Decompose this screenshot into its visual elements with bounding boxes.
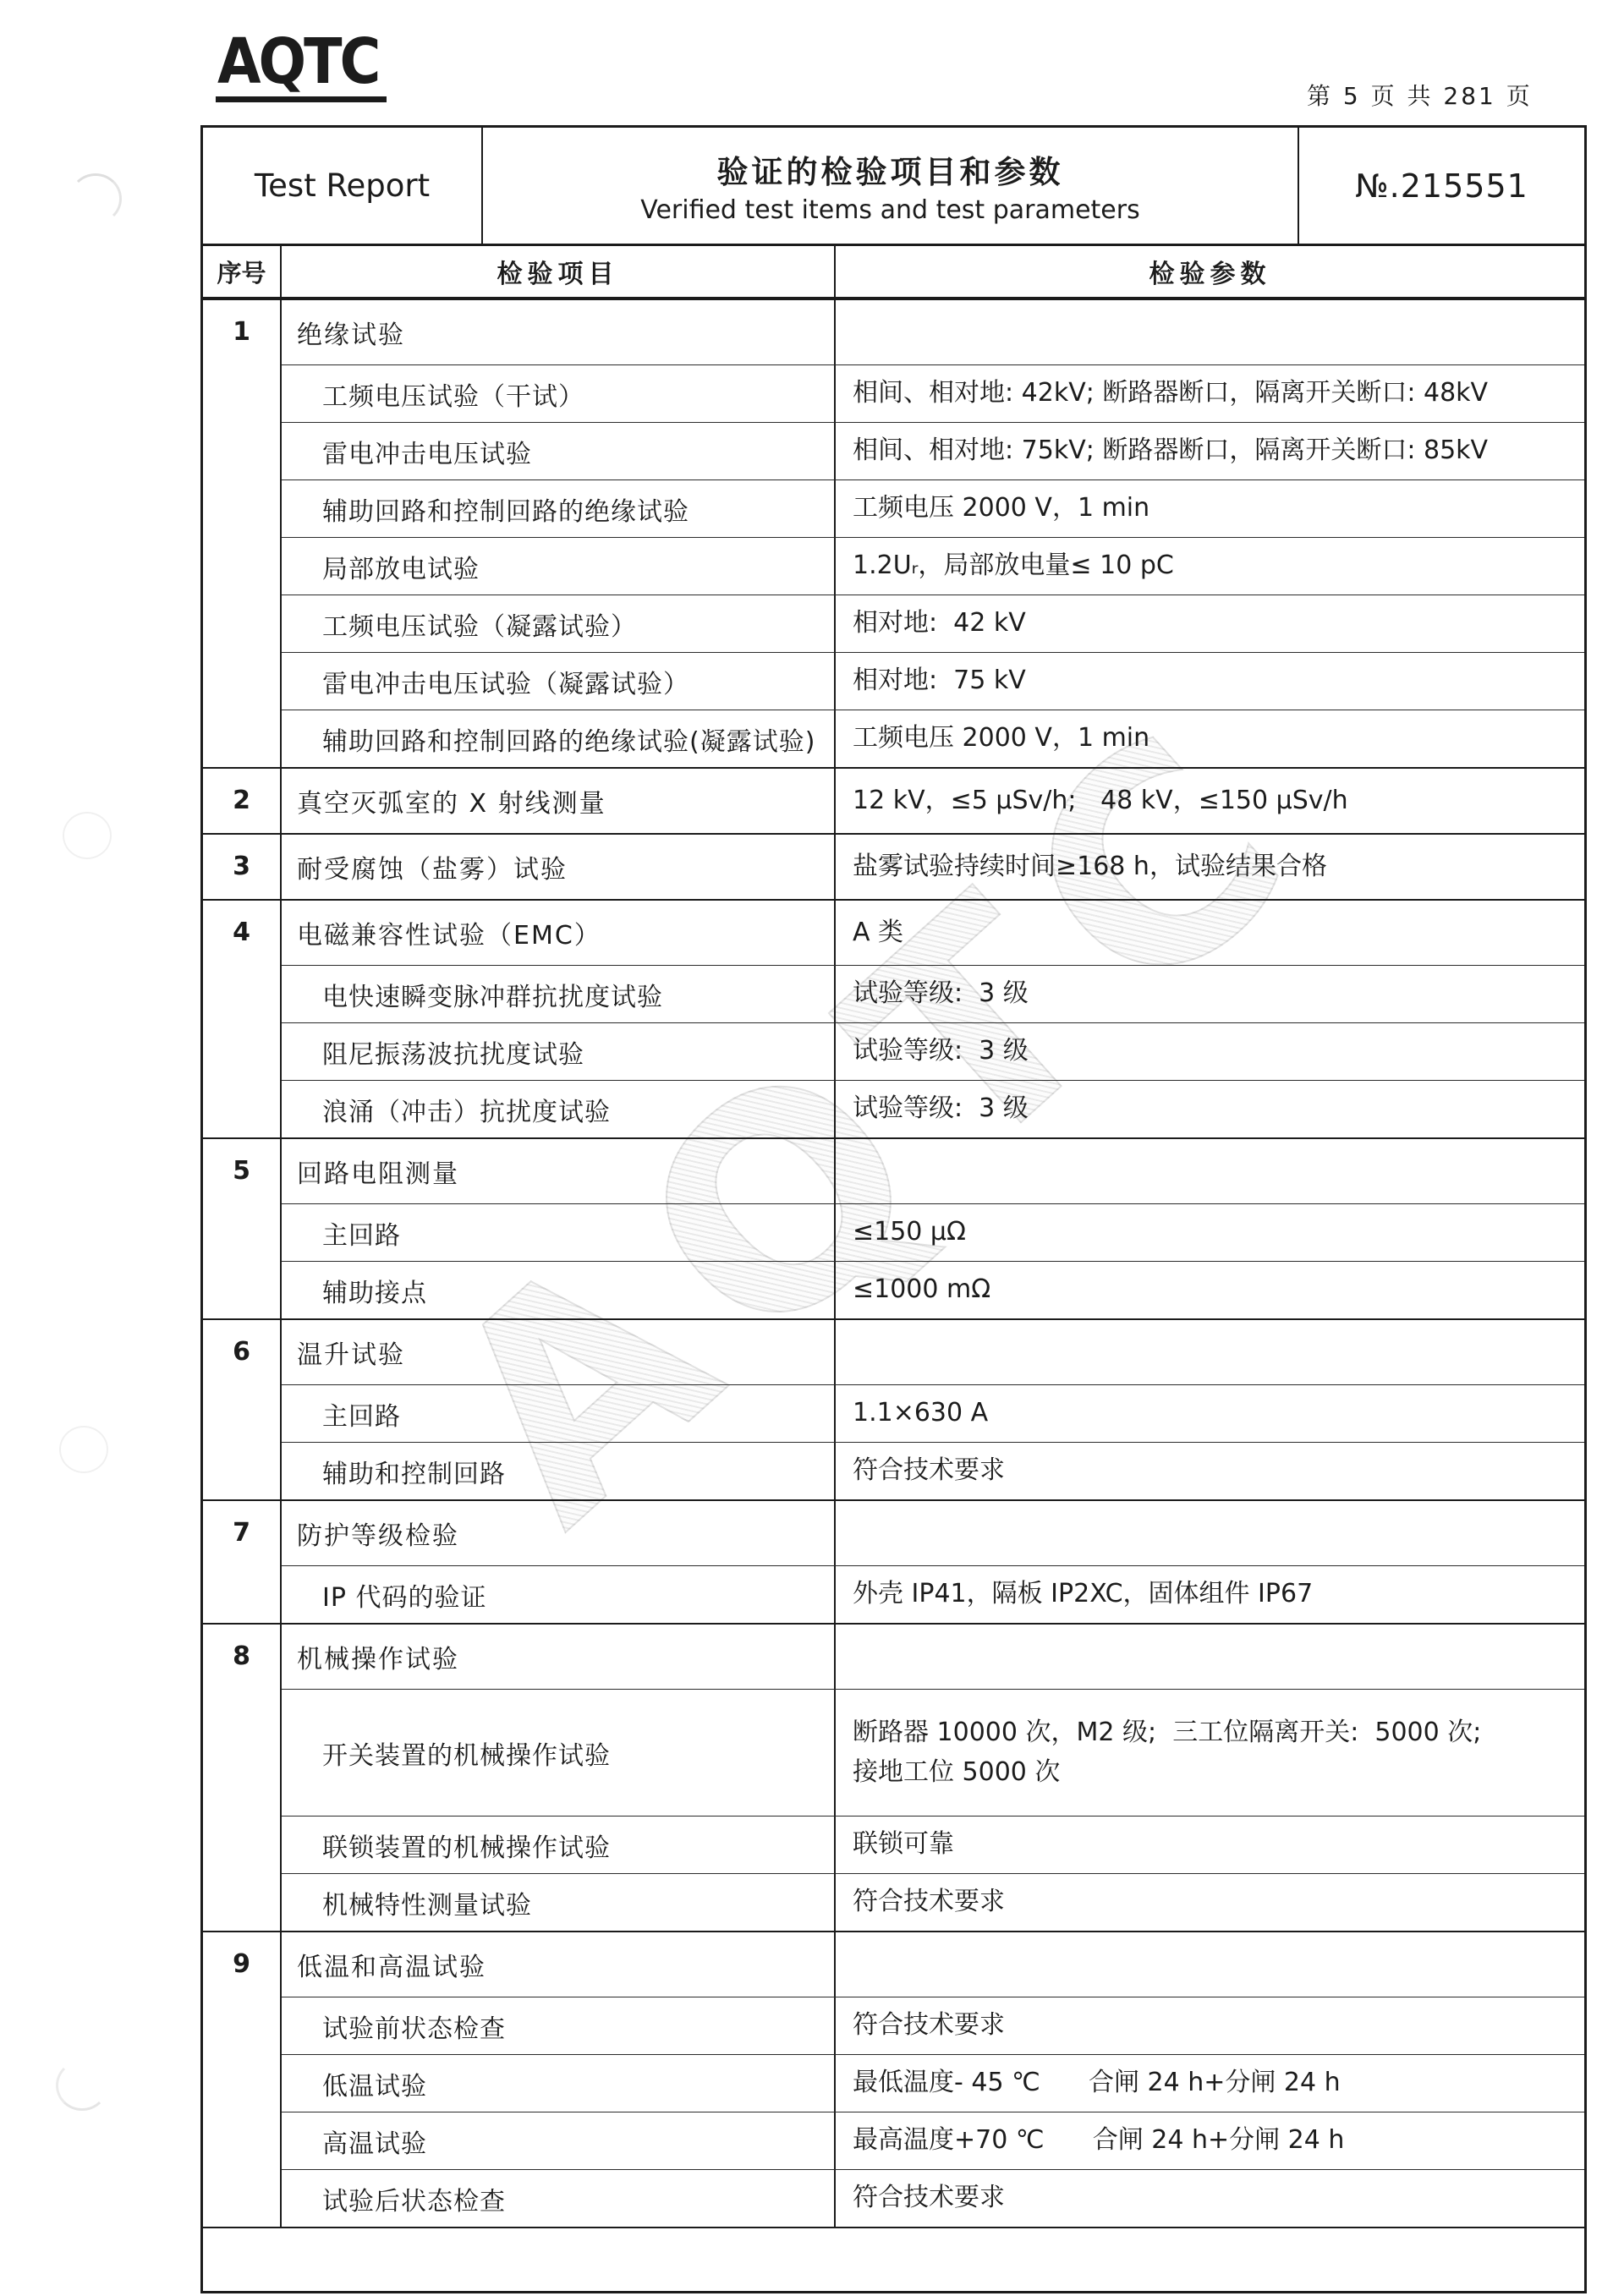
row-number: 3 bbox=[203, 835, 282, 899]
test-item-cell: 雷电冲击电压试验 bbox=[282, 423, 836, 479]
test-item-cell: 辅助回路和控制回路的绝缘试验 bbox=[282, 480, 836, 537]
table-row: 主回路≤150 μΩ bbox=[282, 1203, 1584, 1261]
column-header-item: 检验项目 bbox=[282, 246, 836, 297]
test-param-cell: 工频电压 2000 V，1 min bbox=[836, 480, 1584, 537]
row-number: 5 bbox=[203, 1139, 282, 1318]
test-param-cell: A 类 bbox=[836, 901, 1584, 965]
table-group: 8机械操作试验开关装置的机械操作试验断路器 10000 次，M2 级; 三工位隔… bbox=[203, 1625, 1584, 1932]
aqtc-logo: AQTC bbox=[216, 30, 387, 102]
table-row: 局部放电试验1.2Uᵣ，局部放电量≤ 10 pC bbox=[282, 537, 1584, 595]
table-group: 9低温和高温试验试验前状态检查符合技术要求低温试验最低温度- 45 ℃ 合闸 2… bbox=[203, 1932, 1584, 2227]
test-item-cell: 防护等级检验 bbox=[282, 1501, 836, 1565]
group-rows: 绝缘试验工频电压试验（干试）相间、相对地: 42kV; 断路器断口，隔离开关断口… bbox=[282, 300, 1584, 767]
test-item-cell: 机械特性测量试验 bbox=[282, 1874, 836, 1931]
test-report-table: Test Report 验证的检验项目和参数 Verified test ite… bbox=[200, 125, 1587, 2293]
punch-hole bbox=[63, 812, 112, 859]
group-rows: 电磁兼容性试验（EMC）A 类电快速瞬变脉冲群抗扰度试验试验等级: 3 级阻尼振… bbox=[282, 901, 1584, 1137]
table-group: 2真空灭弧室的 X 射线测量12 kV，≤5 μSv/h; 48 kV，≤150… bbox=[203, 769, 1584, 835]
column-header-row: 序号 检验项目 检验参数 bbox=[203, 246, 1584, 300]
test-param-cell: 符合技术要求 bbox=[836, 1874, 1584, 1931]
test-param-cell: 相间、相对地: 75kV; 断路器断口，隔离开关断口: 85kV bbox=[836, 423, 1584, 479]
test-item-cell: 局部放电试验 bbox=[282, 538, 836, 595]
group-rows: 真空灭弧室的 X 射线测量12 kV，≤5 μSv/h; 48 kV，≤150 … bbox=[282, 769, 1584, 833]
test-param-cell: 1.2Uᵣ，局部放电量≤ 10 pC bbox=[836, 538, 1584, 595]
test-item-cell: 工频电压试验（凝露试验） bbox=[282, 595, 836, 652]
test-item-cell: 电磁兼容性试验（EMC） bbox=[282, 901, 836, 965]
test-param-cell bbox=[836, 1932, 1584, 1997]
group-rows: 耐受腐蚀（盐雾）试验盐雾试验持续时间≥168 h，试验结果合格 bbox=[282, 835, 1584, 899]
table-row: 阻尼振荡波抗扰度试验试验等级: 3 级 bbox=[282, 1022, 1584, 1080]
test-param-cell: 最高温度+70 ℃ 合闸 24 h+分闸 24 h bbox=[836, 2112, 1584, 2169]
table-row: 耐受腐蚀（盐雾）试验盐雾试验持续时间≥168 h，试验结果合格 bbox=[282, 835, 1584, 899]
test-item-cell: 开关装置的机械操作试验 bbox=[282, 1690, 836, 1816]
test-item-cell: 回路电阻测量 bbox=[282, 1139, 836, 1203]
test-item-cell: 辅助和控制回路 bbox=[282, 1443, 836, 1499]
test-param-cell: 联锁可靠 bbox=[836, 1817, 1584, 1873]
test-item-cell: 真空灭弧室的 X 射线测量 bbox=[282, 769, 836, 833]
empty-bottom-row bbox=[203, 2227, 1584, 2291]
test-item-cell: 高温试验 bbox=[282, 2112, 836, 2169]
table-row: 电磁兼容性试验（EMC）A 类 bbox=[282, 901, 1584, 965]
table-row: 电快速瞬变脉冲群抗扰度试验试验等级: 3 级 bbox=[282, 965, 1584, 1022]
table-row: 低温试验最低温度- 45 ℃ 合闸 24 h+分闸 24 h bbox=[282, 2054, 1584, 2112]
test-item-cell: 试验后状态检查 bbox=[282, 2170, 836, 2227]
table-group: 1绝缘试验工频电压试验（干试）相间、相对地: 42kV; 断路器断口，隔离开关断… bbox=[203, 300, 1584, 769]
table-row: 试验后状态检查符合技术要求 bbox=[282, 2169, 1584, 2227]
table-row: 主回路1.1×630 A bbox=[282, 1384, 1584, 1442]
table-group: 3耐受腐蚀（盐雾）试验盐雾试验持续时间≥168 h，试验结果合格 bbox=[203, 835, 1584, 901]
table-row: 雷电冲击电压试验（凝露试验）相对地: 75 kV bbox=[282, 652, 1584, 710]
test-item-cell: 辅助回路和控制回路的绝缘试验(凝露试验) bbox=[282, 710, 836, 767]
test-param-cell: 最低温度- 45 ℃ 合闸 24 h+分闸 24 h bbox=[836, 2055, 1584, 2112]
test-item-cell: 主回路 bbox=[282, 1204, 836, 1261]
test-item-cell: 低温和高温试验 bbox=[282, 1932, 836, 1997]
test-param-cell bbox=[836, 1501, 1584, 1565]
table-row: 开关装置的机械操作试验断路器 10000 次，M2 级; 三工位隔离开关: 50… bbox=[282, 1689, 1584, 1816]
table-row: 防护等级检验 bbox=[282, 1501, 1584, 1565]
table-row: 工频电压试验（凝露试验）相对地: 42 kV bbox=[282, 595, 1584, 652]
table-row: 联锁装置的机械操作试验联锁可靠 bbox=[282, 1816, 1584, 1873]
test-item-cell: 试验前状态检查 bbox=[282, 1997, 836, 2054]
test-param-cell: 12 kV，≤5 μSv/h; 48 kV，≤150 μSv/h bbox=[836, 769, 1584, 833]
column-header-param: 检验参数 bbox=[836, 246, 1584, 297]
table-title-zh: 验证的检验项目和参数 bbox=[717, 146, 1064, 192]
punch-hole bbox=[69, 173, 122, 224]
row-number: 6 bbox=[203, 1320, 282, 1499]
test-item-cell: 电快速瞬变脉冲群抗扰度试验 bbox=[282, 966, 836, 1022]
test-param-cell: 外壳 IP41，隔板 IP2XC，固体组件 IP67 bbox=[836, 1566, 1584, 1623]
test-param-cell: 相间、相对地: 42kV; 断路器断口，隔离开关断口: 48kV bbox=[836, 365, 1584, 422]
test-param-cell: 盐雾试验持续时间≥168 h，试验结果合格 bbox=[836, 835, 1584, 899]
test-param-cell: 工频电压 2000 V，1 min bbox=[836, 710, 1584, 767]
row-number: 7 bbox=[203, 1501, 282, 1623]
test-item-cell: 低温试验 bbox=[282, 2055, 836, 2112]
table-row: 机械特性测量试验符合技术要求 bbox=[282, 1873, 1584, 1931]
table-group: 6温升试验主回路1.1×630 A辅助和控制回路符合技术要求 bbox=[203, 1320, 1584, 1501]
group-rows: 防护等级检验IP 代码的验证外壳 IP41，隔板 IP2XC，固体组件 IP67 bbox=[282, 1501, 1584, 1623]
test-param-cell: 断路器 10000 次，M2 级; 三工位隔离开关: 5000 次; 接地工位 … bbox=[836, 1690, 1584, 1816]
table-groups: 1绝缘试验工频电压试验（干试）相间、相对地: 42kV; 断路器断口，隔离开关断… bbox=[203, 300, 1584, 2227]
test-param-cell: 相对地: 42 kV bbox=[836, 595, 1584, 652]
test-item-cell: 联锁装置的机械操作试验 bbox=[282, 1817, 836, 1873]
row-number: 4 bbox=[203, 901, 282, 1137]
test-item-cell: 温升试验 bbox=[282, 1320, 836, 1384]
table-title-en: Verified test items and test parameters bbox=[640, 195, 1139, 225]
table-row: 真空灭弧室的 X 射线测量12 kV，≤5 μSv/h; 48 kV，≤150 … bbox=[282, 769, 1584, 833]
table-group: 7防护等级检验IP 代码的验证外壳 IP41，隔板 IP2XC，固体组件 IP6… bbox=[203, 1501, 1584, 1625]
test-param-cell: 相对地: 75 kV bbox=[836, 653, 1584, 710]
table-title-row: Test Report 验证的检验项目和参数 Verified test ite… bbox=[203, 128, 1584, 246]
test-item-cell: 机械操作试验 bbox=[282, 1625, 836, 1689]
table-row: 辅助回路和控制回路的绝缘试验(凝露试验)工频电压 2000 V，1 min bbox=[282, 710, 1584, 767]
test-param-cell: 试验等级: 3 级 bbox=[836, 966, 1584, 1022]
group-rows: 机械操作试验开关装置的机械操作试验断路器 10000 次，M2 级; 三工位隔离… bbox=[282, 1625, 1584, 1931]
row-number: 1 bbox=[203, 300, 282, 767]
group-rows: 温升试验主回路1.1×630 A辅助和控制回路符合技术要求 bbox=[282, 1320, 1584, 1499]
test-item-cell: 雷电冲击电压试验（凝露试验） bbox=[282, 653, 836, 710]
row-number: 2 bbox=[203, 769, 282, 833]
punch-hole bbox=[56, 2060, 108, 2111]
column-header-no: 序号 bbox=[203, 246, 282, 297]
test-item-cell: 绝缘试验 bbox=[282, 300, 836, 364]
group-rows: 回路电阻测量主回路≤150 μΩ辅助接点≤1000 mΩ bbox=[282, 1139, 1584, 1318]
group-rows: 低温和高温试验试验前状态检查符合技术要求低温试验最低温度- 45 ℃ 合闸 24… bbox=[282, 1932, 1584, 2227]
test-param-cell bbox=[836, 1320, 1584, 1384]
test-param-cell: 符合技术要求 bbox=[836, 2170, 1584, 2227]
table-title: 验证的检验项目和参数 Verified test items and test … bbox=[483, 128, 1299, 244]
punch-hole bbox=[59, 1426, 108, 1473]
table-row: 辅助回路和控制回路的绝缘试验工频电压 2000 V，1 min bbox=[282, 479, 1584, 537]
table-row: 浪涌（冲击）抗扰度试验试验等级: 3 级 bbox=[282, 1080, 1584, 1137]
table-row: 工频电压试验（干试）相间、相对地: 42kV; 断路器断口，隔离开关断口: 48… bbox=[282, 364, 1584, 422]
report-type-label: Test Report bbox=[203, 128, 483, 244]
table-group: 5回路电阻测量主回路≤150 μΩ辅助接点≤1000 mΩ bbox=[203, 1139, 1584, 1320]
test-param-cell bbox=[836, 1625, 1584, 1689]
table-row: 雷电冲击电压试验相间、相对地: 75kV; 断路器断口，隔离开关断口: 85kV bbox=[282, 422, 1584, 479]
test-param-cell bbox=[836, 1139, 1584, 1203]
page-number: 第 5 页 共 281 页 bbox=[1307, 78, 1561, 112]
table-row: 辅助和控制回路符合技术要求 bbox=[282, 1442, 1584, 1499]
test-item-cell: 主回路 bbox=[282, 1385, 836, 1442]
row-number: 8 bbox=[203, 1625, 282, 1931]
test-item-cell: 辅助接点 bbox=[282, 1262, 836, 1318]
test-param-cell: ≤150 μΩ bbox=[836, 1204, 1584, 1261]
test-item-cell: 浪涌（冲击）抗扰度试验 bbox=[282, 1081, 836, 1137]
table-row: 机械操作试验 bbox=[282, 1625, 1584, 1689]
table-row: 高温试验最高温度+70 ℃ 合闸 24 h+分闸 24 h bbox=[282, 2112, 1584, 2169]
test-param-cell: 试验等级: 3 级 bbox=[836, 1081, 1584, 1137]
row-number: 9 bbox=[203, 1932, 282, 2227]
test-item-cell: IP 代码的验证 bbox=[282, 1566, 836, 1623]
table-row: 低温和高温试验 bbox=[282, 1932, 1584, 1997]
table-group: 4电磁兼容性试验（EMC）A 类电快速瞬变脉冲群抗扰度试验试验等级: 3 级阻尼… bbox=[203, 901, 1584, 1139]
test-item-cell: 工频电压试验（干试） bbox=[282, 365, 836, 422]
test-item-cell: 阻尼振荡波抗扰度试验 bbox=[282, 1023, 836, 1080]
table-row: 绝缘试验 bbox=[282, 300, 1584, 364]
test-param-cell: 符合技术要求 bbox=[836, 1997, 1584, 2054]
table-row: IP 代码的验证外壳 IP41，隔板 IP2XC，固体组件 IP67 bbox=[282, 1565, 1584, 1623]
test-param-cell: 符合技术要求 bbox=[836, 1443, 1584, 1499]
test-param-cell: 1.1×630 A bbox=[836, 1385, 1584, 1442]
table-row: 温升试验 bbox=[282, 1320, 1584, 1384]
test-param-cell: 试验等级: 3 级 bbox=[836, 1023, 1584, 1080]
test-item-cell: 耐受腐蚀（盐雾）试验 bbox=[282, 835, 836, 899]
table-row: 回路电阻测量 bbox=[282, 1139, 1584, 1203]
test-param-cell: ≤1000 mΩ bbox=[836, 1262, 1584, 1318]
test-param-cell bbox=[836, 300, 1584, 364]
table-row: 辅助接点≤1000 mΩ bbox=[282, 1261, 1584, 1318]
table-row: 试验前状态检查符合技术要求 bbox=[282, 1997, 1584, 2054]
report-number: №.215551 bbox=[1299, 128, 1584, 244]
